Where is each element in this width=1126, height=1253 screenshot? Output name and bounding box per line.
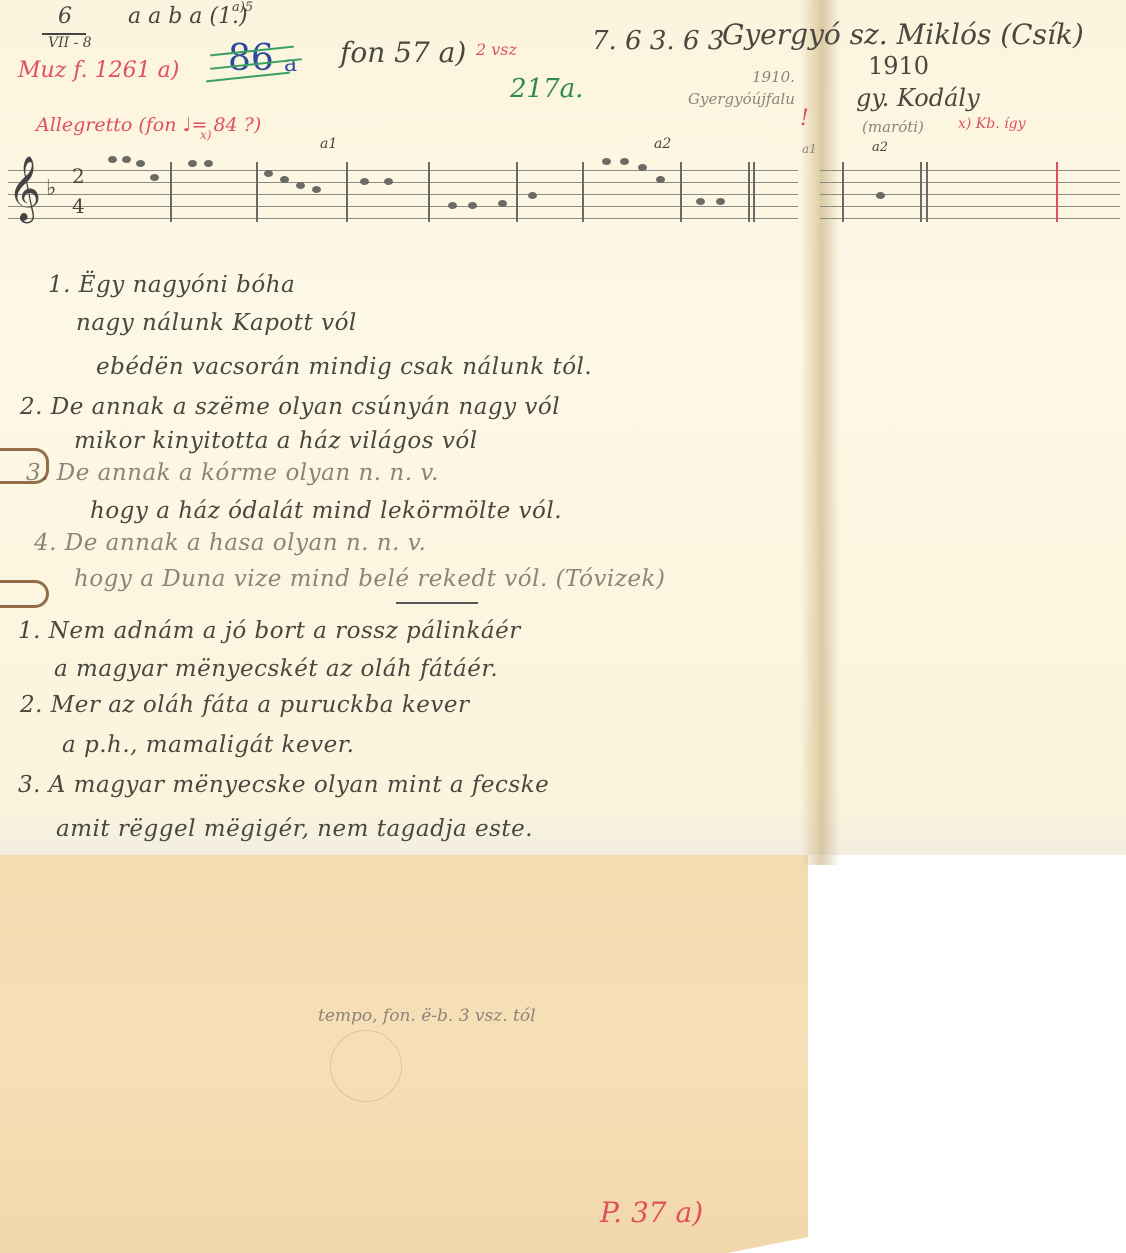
- lyric-line: nagy nálunk Kapott vól: [76, 310, 357, 336]
- ink-stain-bracket: [0, 448, 49, 484]
- fraction-bottom: VII - 8: [48, 35, 92, 51]
- collection-year: 1910: [868, 52, 929, 80]
- staff-line: [820, 194, 1120, 195]
- muz-reference: Muz f. 1261 a): [18, 58, 179, 83]
- scale-digits: 7. 6 3. 6 3: [592, 26, 724, 56]
- tempo-marking: Allegretto (fon ♩= 84 ?): [36, 114, 261, 136]
- treble-clef-icon: 𝄞: [8, 156, 41, 222]
- barline: [926, 162, 928, 222]
- note: [360, 178, 369, 185]
- lyric-line: 3. A magyar mënyecske olyan mint a fecsk…: [18, 772, 549, 798]
- collector-name: gy. Kodály: [856, 84, 980, 112]
- barline: [920, 162, 922, 222]
- barline: [428, 162, 430, 222]
- paren-note: (maróti): [862, 118, 924, 136]
- note: [656, 176, 665, 183]
- barline: [842, 162, 844, 222]
- note: [204, 160, 213, 167]
- note: [108, 156, 117, 163]
- key-signature-flat: ♭: [46, 176, 56, 201]
- note: [696, 198, 705, 205]
- year-faint: 1910.: [752, 68, 795, 86]
- tempo-footnote-mark: x): [200, 128, 211, 142]
- note: [528, 192, 537, 199]
- form-scheme: a a b a (1.): [128, 4, 248, 29]
- green-reference: 217a.: [510, 74, 583, 104]
- form-superscript: a)5: [232, 0, 253, 15]
- lyric-line: 4. De annak a hasa olyan n. n. v.: [34, 530, 426, 556]
- kb-annotation: x) Kb. így: [958, 116, 1025, 132]
- note: [280, 176, 289, 183]
- lyric-line: 1. Ëgy nagyóni bóha: [48, 272, 295, 298]
- note: [448, 202, 457, 209]
- note: [620, 158, 629, 165]
- staff-line: [820, 218, 1120, 219]
- time-signature-bottom: 4: [72, 194, 85, 218]
- note: [384, 178, 393, 185]
- double-barline: [748, 162, 750, 222]
- fraction-top: 6: [58, 4, 72, 29]
- note: [638, 164, 647, 171]
- note: [264, 170, 273, 177]
- archive-stamp: [330, 1030, 402, 1102]
- note: [312, 186, 321, 193]
- ink-stain-bracket: [0, 580, 49, 608]
- section-label-a1: a1: [320, 136, 337, 152]
- barline: [170, 162, 172, 222]
- barline: [516, 162, 518, 222]
- lyric-line: a p.h., mamaligát kever.: [62, 732, 354, 758]
- double-barline: [753, 162, 755, 222]
- staff-line: [820, 170, 1120, 171]
- music-staff: 𝄞 ♭ 2 4 a1 a2: [8, 162, 798, 232]
- section-label-a2: a2: [654, 136, 671, 152]
- lyric-line: 1. Nem adnám a jó bort a rossz pálinkáér: [18, 618, 521, 644]
- note: [122, 156, 131, 163]
- separator-line: [396, 602, 478, 604]
- lyric-line: 3. De annak a kórme olyan n. n. v.: [26, 460, 439, 486]
- note: [876, 192, 885, 199]
- barline: [256, 162, 258, 222]
- verse-count: 2 vsz: [476, 40, 517, 59]
- section-label-a1: a1: [802, 142, 817, 156]
- note: [296, 182, 305, 189]
- music-staff-continuation: a1 a2: [820, 162, 1120, 232]
- manuscript-sheet-bottom: [0, 855, 808, 1253]
- note: [188, 160, 197, 167]
- lyric-line: mikor kinyitotta a ház világos vól: [74, 428, 478, 454]
- note: [136, 160, 145, 167]
- place-faint: Gyergyóújfalu: [688, 90, 795, 108]
- lyric-line: 2. Mer az oláh fáta a puruckba kever: [20, 692, 469, 718]
- lyric-line: 2. De annak a szëme olyan csúnyán nagy v…: [20, 394, 560, 420]
- place-name: Gyergyó sz. Miklós (Csík): [722, 18, 1084, 51]
- note: [602, 158, 611, 165]
- exclamation-mark: !: [800, 106, 809, 131]
- section-label-a2: a2: [872, 140, 888, 155]
- time-signature-top: 2: [72, 164, 85, 188]
- catalog-number: P. 37 a): [600, 1196, 703, 1229]
- barline: [346, 162, 348, 222]
- note: [468, 202, 477, 209]
- barline-red: [1056, 162, 1058, 222]
- lyric-line: a magyar mënyecskét az oláh fátáér.: [54, 656, 498, 682]
- note: [498, 200, 507, 207]
- pencil-note: tempo, fon. ë-b. 3 vsz. tól: [318, 1006, 536, 1026]
- fon-reference: fon 57 a): [340, 36, 466, 69]
- lyric-line: hogy a ház ódalát mind lekörmölte vól.: [90, 498, 562, 524]
- barline: [582, 162, 584, 222]
- staff-line: [820, 206, 1120, 207]
- barline: [680, 162, 682, 222]
- crossed-number: 86: [228, 38, 274, 79]
- lyric-line: hogy a Duna vize mind belé rekedt vól. (…: [74, 566, 665, 592]
- note: [150, 174, 159, 181]
- staff-line: [820, 182, 1120, 183]
- note: [716, 198, 725, 205]
- lyric-line: ebédën vacsorán mindig csak nálunk tól.: [96, 354, 592, 380]
- lyric-line: amit rëggel mëgigér, nem tagadja este.: [56, 816, 533, 842]
